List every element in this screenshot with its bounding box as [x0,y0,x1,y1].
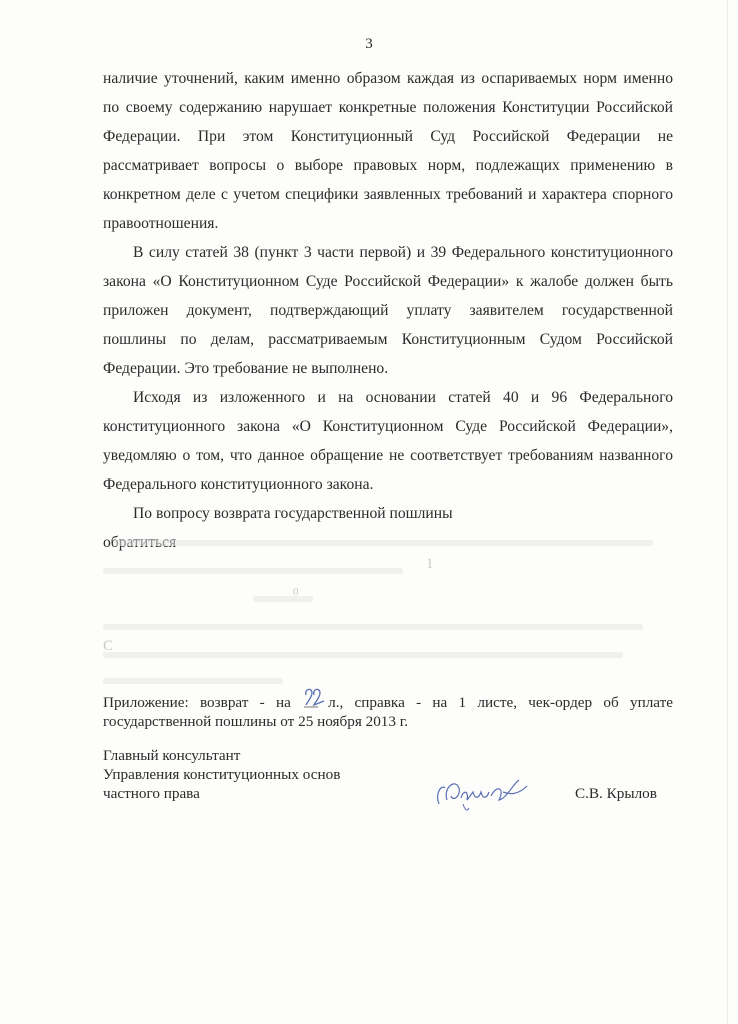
attachment-suffix: л., справка - на 1 листе, чек-ордер об у… [328,694,673,711]
faded-line [103,678,283,684]
signature-block: Главный консультант Управления конституц… [103,746,673,803]
attachment-prefix: Приложение: возврат - на [103,694,291,711]
attachment-note: Приложение: возврат - на л., справка - н… [103,691,673,731]
text-line: по своему содержанию нарушает конкретные… [103,93,673,122]
text-line: приложен документ, подтверждающий уплату… [103,296,673,325]
text-line: рассматривает вопросы о выборе правовых … [103,151,673,180]
signer-name: С.В. Крылов [575,784,657,803]
faded-fragment: С [103,638,113,655]
faded-erased-text: 1 0 С [103,530,673,690]
faded-line [103,652,623,658]
signer-position-line: Главный консультант [103,746,673,765]
attachment-line-2: государственной пошлины от 25 ноября 201… [103,712,673,731]
text-line: Исходя из изложенного и на основании ста… [103,383,673,412]
text-line: Федерации. Это требование не выполнено. [103,354,673,383]
paragraph-3: Исходя из изложенного и на основании ста… [103,383,673,499]
attachment-line-1: Приложение: возврат - на л., справка - н… [103,691,673,712]
document-body: наличие уточнений, каким именно образом … [103,64,673,557]
paragraph-1: наличие уточнений, каким именно образом … [103,64,673,238]
faded-fragment: 0 [293,586,299,598]
text-line: наличие уточнений, каким именно образом … [103,64,673,93]
handwritten-number-icon [302,685,330,709]
faded-line [253,596,313,602]
text-line: конституционного закона «О Конституционн… [103,412,673,441]
text-line: закона «О Конституционном Суде Российско… [103,267,673,296]
text-line: правоотношения. [103,209,673,238]
page-edge [727,0,728,1024]
paragraph-2: В силу статей 38 (пункт 3 части первой) … [103,238,673,383]
text-line: пошлины по делам, рассматриваемым Консти… [103,325,673,354]
text-line: уведомляю о том, что данное обращение не… [103,441,673,470]
faded-line [103,568,403,574]
text-line: В силу статей 38 (пункт 3 части первой) … [103,238,673,267]
handwritten-signature-icon [433,774,533,814]
handwritten-page-count [302,691,328,709]
text-line: Федерального конституционного закона. [103,470,673,499]
page-number: 3 [0,36,738,53]
text-line: конкретном деле с учетом специфики заявл… [103,180,673,209]
faded-fragment: 1 [426,556,434,573]
faded-line [103,624,643,630]
signer-position-line: Управления конституционных основ [103,765,673,784]
text-line: По вопросу возврата государственной пошл… [103,499,673,528]
faded-line [113,540,653,546]
text-line: Федерации. При этом Конституционный Суд … [103,122,673,151]
